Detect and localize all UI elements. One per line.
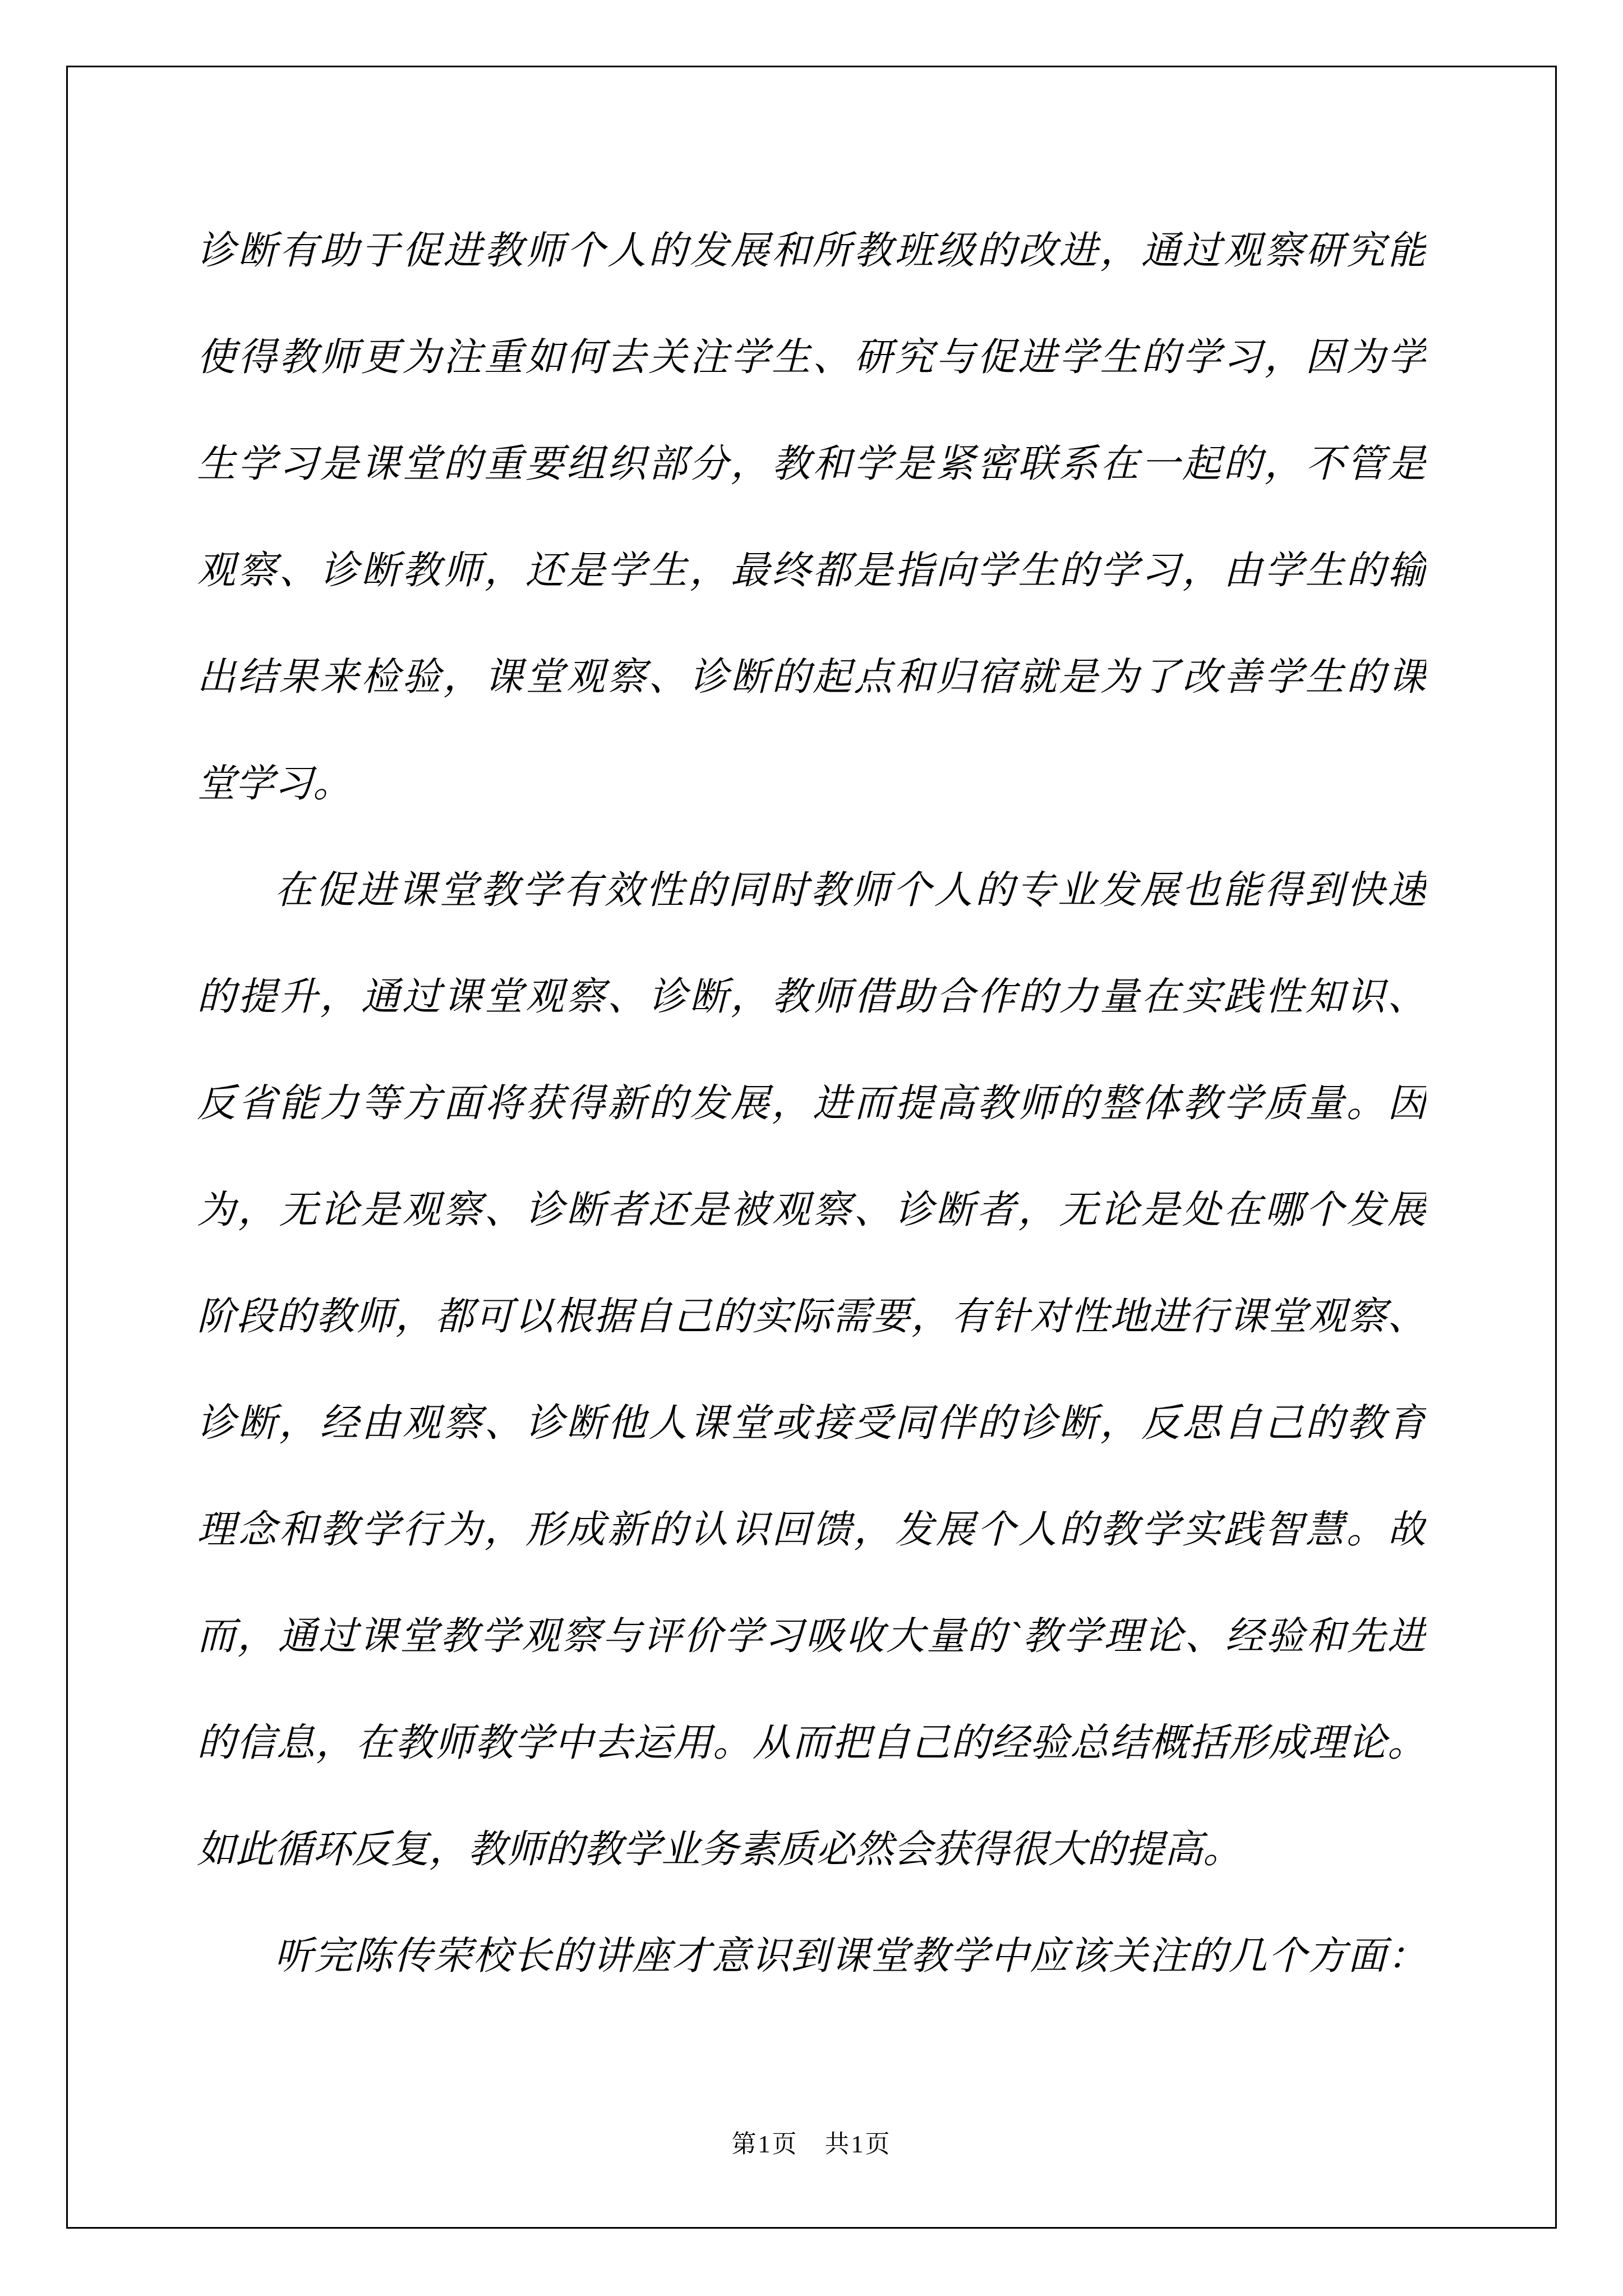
document-body: 诊断有助于促进教师个人的发展和所教班级的改进，通过观察研究能 使得教师更为注重如… xyxy=(197,197,1426,2009)
text-line-8: 的提升，通过课堂观察、诊断，教师借助合作的力量在实践性知识、 xyxy=(197,944,1426,1050)
text-line-11: 阶段的教师，都可以根据自己的实际需要，有针对性地进行课堂观察、 xyxy=(197,1263,1426,1370)
text-line-6: 堂学习。 xyxy=(197,730,1426,837)
text-line-17: 听完陈传荣校长的讲座才意识到课堂教学中应该关注的几个方面： xyxy=(197,1903,1426,2009)
text-line-16: 如此循环反复，教师的教学业务素质必然会获得很大的提高。 xyxy=(197,1796,1426,1903)
text-line-2: 使得教师更为注重如何去关注学生、研究与促进学生的学习，因为学 xyxy=(197,304,1426,411)
page-footer: 第1页 共1页 xyxy=(68,2130,1555,2160)
text-line-3: 生学习是课堂的重要组织部分，教和学是紧密联系在一起的，不管是 xyxy=(197,411,1426,517)
text-line-15: 的信息，在教师教学中去运用。从而把自己的经验总结概括形成理论。 xyxy=(197,1690,1426,1796)
text-line-10: 为，无论是观察、诊断者还是被观察、诊断者，无论是处在哪个发展 xyxy=(197,1157,1426,1263)
text-line-4: 观察、诊断教师，还是学生，最终都是指向学生的学习，由学生的输 xyxy=(197,517,1426,624)
page-border-frame: 诊断有助于促进教师个人的发展和所教班级的改进，通过观察研究能 使得教师更为注重如… xyxy=(66,66,1557,2229)
text-line-7: 在促进课堂教学有效性的同时教师个人的专业发展也能得到快速 xyxy=(197,837,1426,944)
text-line-5: 出结果来检验，课堂观察、诊断的起点和归宿就是为了改善学生的课 xyxy=(197,624,1426,730)
page-number-indicator: 第1页 共1页 xyxy=(732,2131,892,2158)
text-line-14: 而，通过课堂教学观察与评价学习吸收大量的`教学理论、经验和先进 xyxy=(197,1583,1426,1690)
text-line-12: 诊断，经由观察、诊断他人课堂或接受同伴的诊断，反思自己的教育 xyxy=(197,1370,1426,1476)
text-line-9: 反省能力等方面将获得新的发展，进而提高教师的整体教学质量。因 xyxy=(197,1050,1426,1157)
text-line-1: 诊断有助于促进教师个人的发展和所教班级的改进，通过观察研究能 xyxy=(197,197,1426,304)
document-page: 诊断有助于促进教师个人的发展和所教班级的改进，通过观察研究能 使得教师更为注重如… xyxy=(0,0,1623,2296)
text-line-13: 理念和教学行为，形成新的认识回馈，发展个人的教学实践智慧。故 xyxy=(197,1476,1426,1583)
